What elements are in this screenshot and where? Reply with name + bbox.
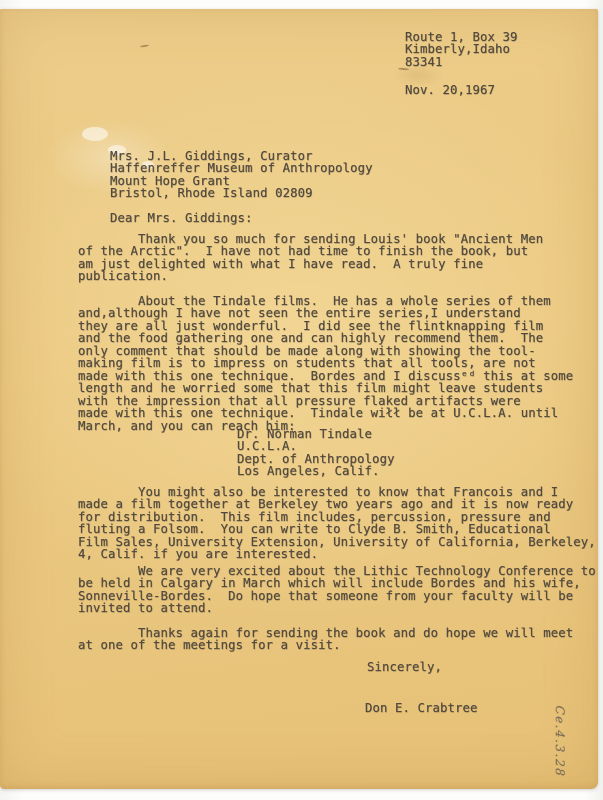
return-address: Route 1, Box 39 Kimberly,Idaho 83341 xyxy=(405,31,518,68)
paper-scuff xyxy=(82,127,108,141)
scanned-letter-page: Route 1, Box 39 Kimberly,Idaho 83341 Nov… xyxy=(0,0,603,800)
recipient-address: Mrs. J.L. Giddings, Curator Haffenreffer… xyxy=(110,150,373,200)
paper-fleck xyxy=(140,44,149,47)
handwritten-catalog-number: Ce.4.3.28 xyxy=(553,705,567,790)
closing: Sincerely, xyxy=(367,661,442,673)
salutation: Dear Mrs. Giddings: xyxy=(110,212,253,224)
paragraph-3: You might also be interested to know tha… xyxy=(78,486,596,561)
signature-name: Don E. Crabtree xyxy=(365,702,478,714)
date-line: Nov. 20,1967 xyxy=(405,84,495,96)
paragraph-2: About the Tindale films. He has a whole … xyxy=(78,295,573,432)
paragraph-4: We are very excited about the Lithic Tec… xyxy=(78,565,596,615)
paragraph-1: Thank you so much for sending Louis' boo… xyxy=(78,233,543,283)
letter-paper: Route 1, Box 39 Kimberly,Idaho 83341 Nov… xyxy=(0,9,598,789)
paragraph-5: Thanks again for sending the book and do… xyxy=(78,627,573,652)
contact-info-block: Dr. Norman Tindale U.C.L.A. Dept. of Ant… xyxy=(237,428,395,478)
